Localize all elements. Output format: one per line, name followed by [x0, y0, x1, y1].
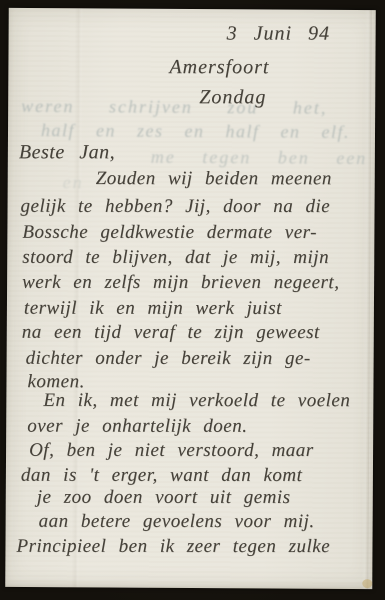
date-line: 3 Juni 94 — [227, 22, 330, 45]
bleedthrough-line: weren schrijven zou het, — [21, 96, 327, 119]
body-line: Bossche geldkwestie dermate ver- — [22, 222, 317, 244]
body-line: Principieel ben ik zeer tegen zulke — [16, 536, 330, 558]
body-line: werk en zelfs mijn brieven negeert, — [22, 272, 339, 294]
body-line: dan is 't erger, want dan komt — [21, 465, 303, 487]
body-line: na een tijd veraf te zijn geweest — [22, 322, 320, 344]
bleedthrough-line: me tegen ben een — [151, 147, 368, 169]
body-line: terwijl ik en mijn werk juist — [24, 298, 282, 320]
bleedthrough-line: half en zes en half en elf. — [41, 120, 350, 143]
letter-scan: weren schrijven zou het, half en zes en … — [0, 0, 385, 600]
body-line: En ik, met mij verkoeld te voelen — [43, 390, 350, 412]
day-line: Zondag — [199, 86, 266, 109]
letter-page: weren schrijven zou het, half en zes en … — [5, 8, 376, 589]
place-line: Amersfoort — [169, 56, 269, 79]
body-line: Zouden wij beiden meenen — [96, 168, 332, 190]
body-line: Of, ben je niet verstoord, maar — [29, 440, 314, 462]
bleedthrough-line: en — [63, 172, 84, 193]
body-line: je zoo doen voort uit gemis — [37, 487, 291, 509]
body-line: aan betere gevoelens voor mij. — [39, 511, 315, 533]
body-line: stoord te blijven, dat je mij, mijn — [22, 247, 329, 269]
paper-edge-shadow — [361, 10, 372, 589]
body-line: dichter onder je bereik zijn ge- — [26, 348, 311, 370]
salutation: Beste Jan, — [19, 141, 115, 164]
adhesive-dot — [362, 579, 372, 588]
body-line: over je onhartelijk doen. — [27, 416, 247, 438]
body-line: gelijk te hebben? Jij, door na die — [21, 196, 331, 218]
